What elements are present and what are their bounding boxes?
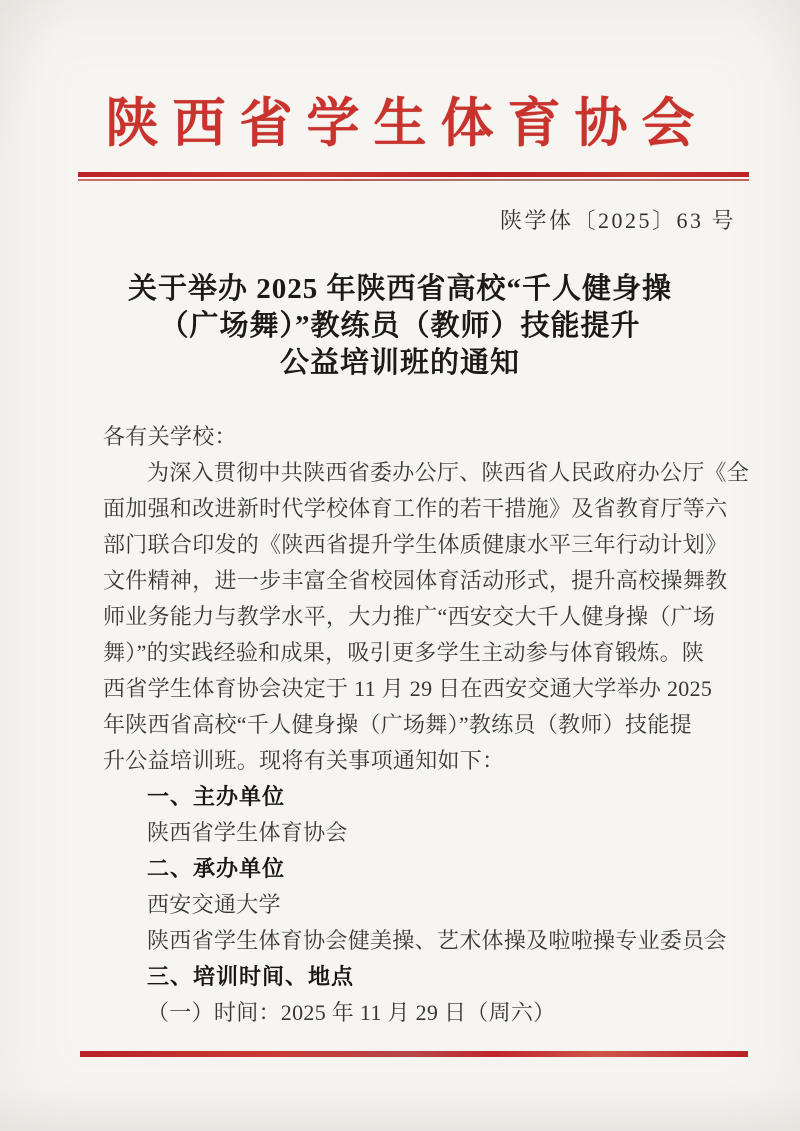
divider-thick-line [78,172,749,177]
notice-title-line-2: （广场舞）”教练员（教师）技能提升 [40,308,760,345]
divider-thin-line [78,179,749,181]
notice-title-line-1: 关于举办 2025 年陕西省高校“千人健身操 [40,271,760,308]
salutation: 各有关学校： [103,419,728,455]
paragraph-line-6: 舞）”的实践经验和成果，吸引更多学生主动参与体育锻炼。陕 [103,635,728,671]
document-body: 各有关学校： 为深入贯彻中共陕西省委办公厅、陕西省人民政府办公厅《全 面加强和改… [103,419,728,1031]
paragraph-line-8: 年陕西省高校“千人健身操（广场舞）”教练员（教师）技能提 [103,707,728,743]
paragraph-line-2: 面加强和改进新时代学校体育工作的若干措施》及省教育厅等六 [103,491,728,527]
paragraph-line-5: 师业务能力与教学水平，大力推广“西安交大千人健身操（广场 [103,599,728,635]
organizer-name: 西安交通大学 [103,887,728,923]
organizer-committee: 陕西省学生体育协会健美操、艺术体操及啦啦操专业委员会 [103,923,728,959]
footer-divider [80,1051,748,1057]
paragraph-line-9: 升公益培训班。现将有关事项通知如下： [103,743,728,779]
schedule-time: （一）时间：2025 年 11 月 29 日（周六） [103,995,728,1031]
paragraph-line-7: 西省学生体育协会决定于 11 月 29 日在西安交通大学举办 2025 [103,671,728,707]
section-heading-organizer: 二、承办单位 [103,851,728,887]
letterhead-org-name: 陕西省学生体育协会 [0,94,800,155]
notice-title-line-3: 公益培训班的通知 [40,345,760,382]
letterhead-divider [78,172,749,182]
document-page: 陕西省学生体育协会 陕学体〔2025〕63 号 关于举办 2025 年陕西省高校… [0,0,800,1131]
paragraph-line-3: 部门联合印发的《陕西省提升学生体质健康水平三年行动计划》 [103,527,728,563]
section-heading-schedule: 三、培训时间、地点 [103,959,728,995]
section-heading-host: 一、主办单位 [103,779,728,815]
document-number: 陕学体〔2025〕63 号 [500,204,736,235]
host-name: 陕西省学生体育协会 [103,815,728,851]
paragraph-line-1: 为深入贯彻中共陕西省委办公厅、陕西省人民政府办公厅《全 [103,455,728,491]
paragraph-line-4: 文件精神，进一步丰富全省校园体育活动形式，提升高校操舞教 [103,563,728,599]
notice-title: 关于举办 2025 年陕西省高校“千人健身操 （广场舞）”教练员（教师）技能提升… [40,271,760,382]
